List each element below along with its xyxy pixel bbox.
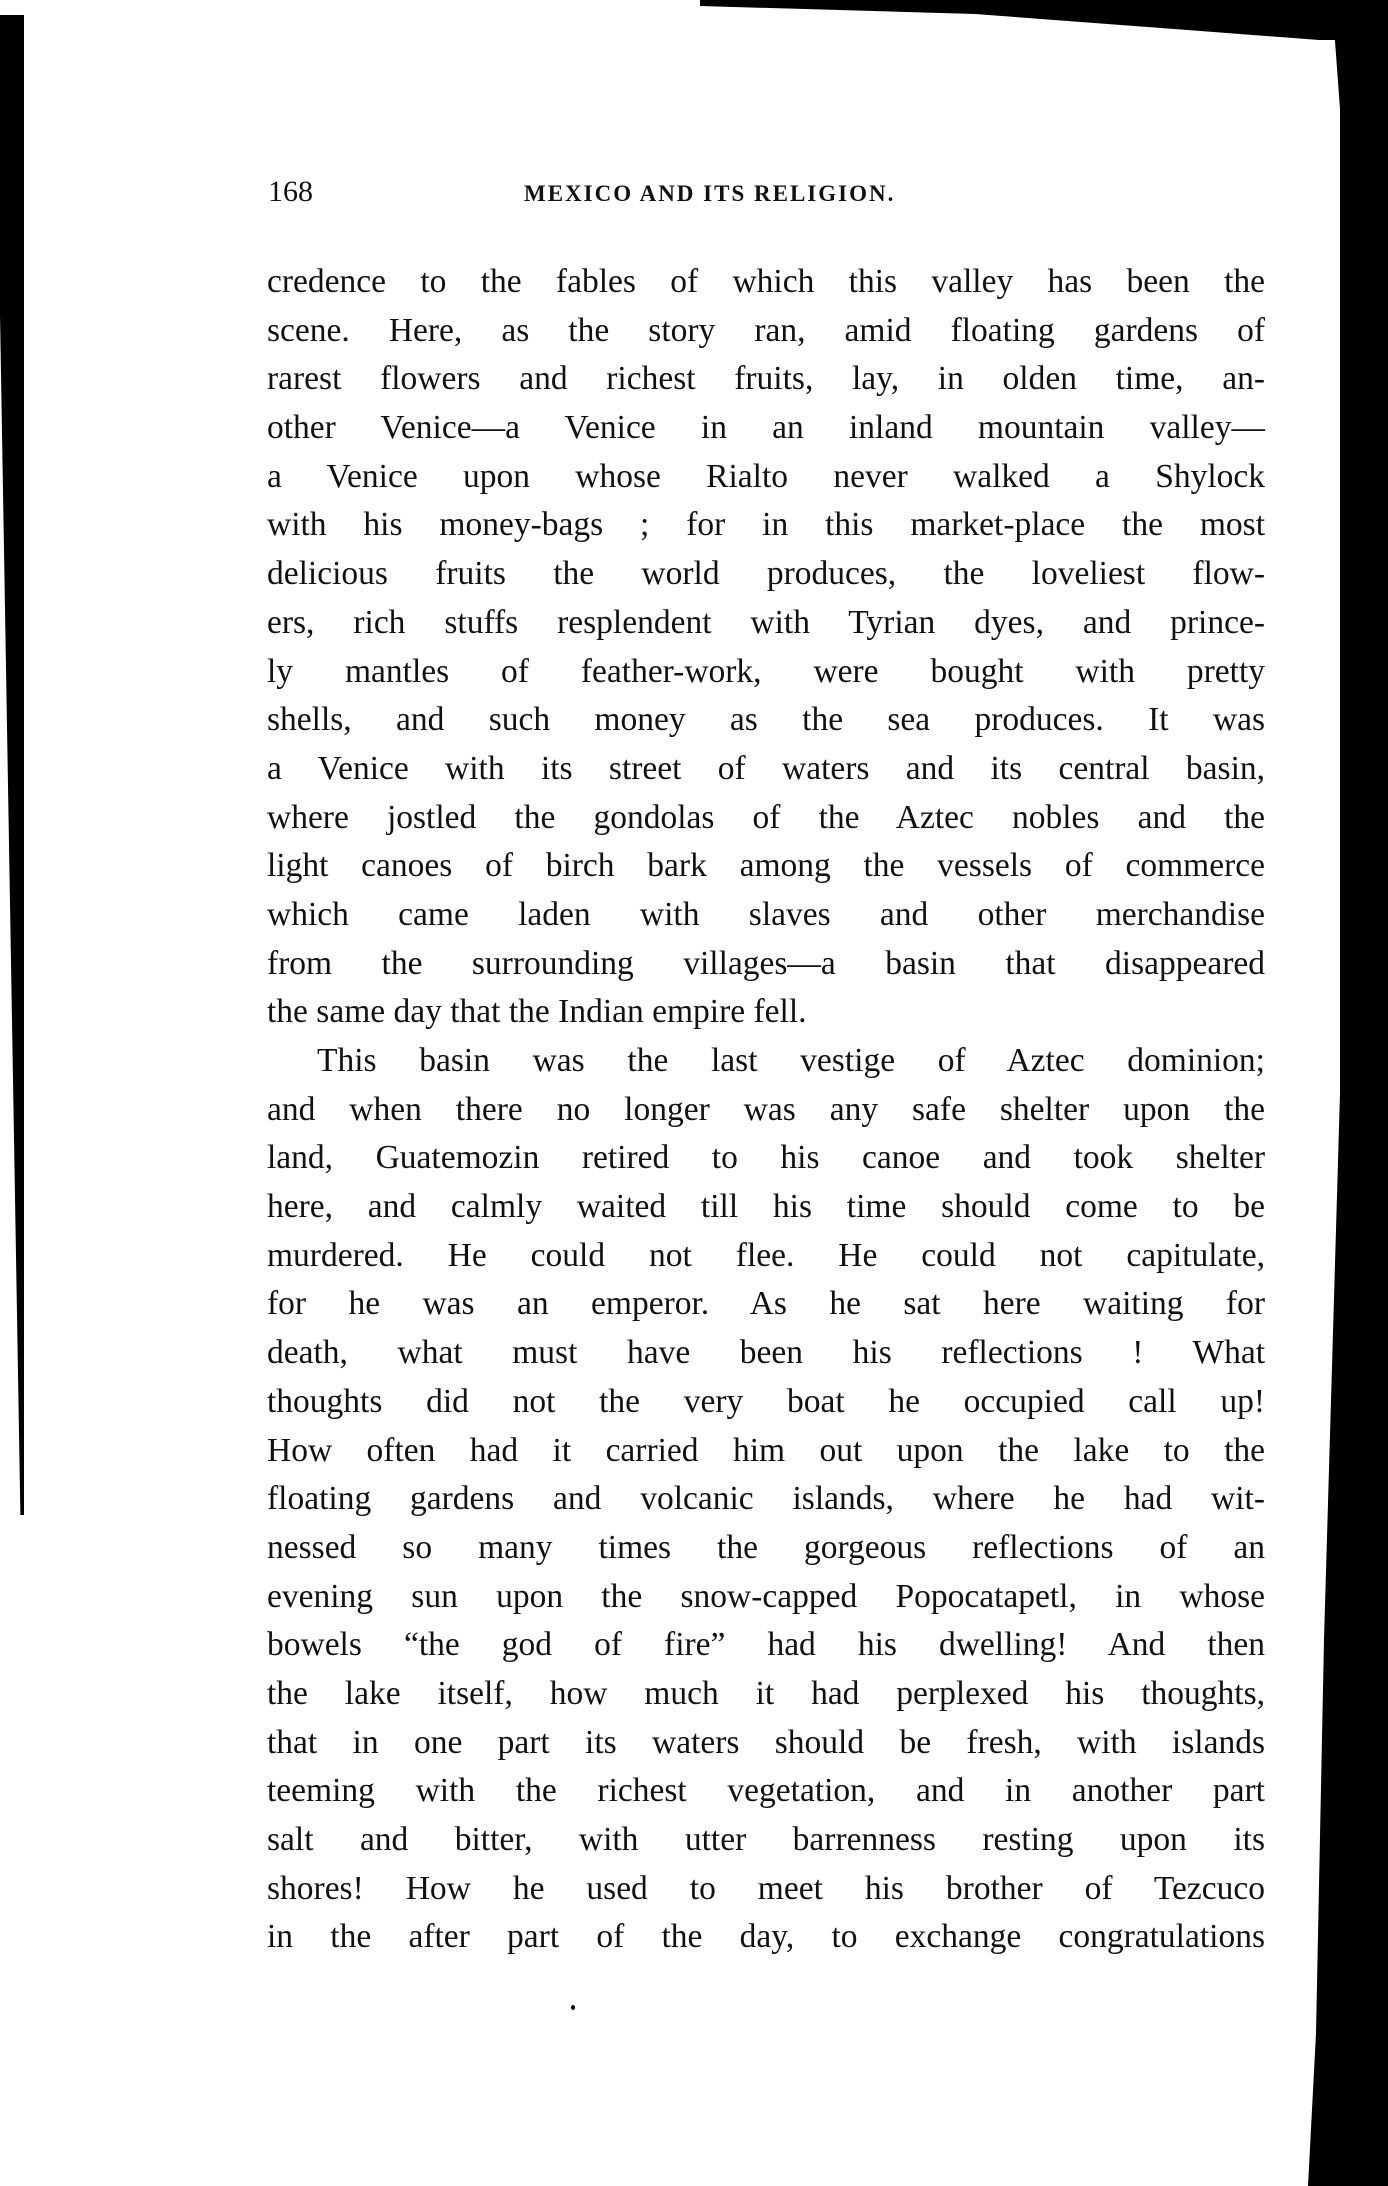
text-line: here, and calmly waited till his time sh… [267,1183,1265,1232]
scan-right-border [1308,0,1388,2186]
body-text: credence to the fables of which this val… [267,258,1265,1962]
text-line: shores! How he used to meet his brother … [267,1865,1265,1914]
text-line: that in one part its waters should be fr… [267,1719,1265,1768]
text-line: nessed so many times the gorgeous reflec… [267,1524,1265,1573]
text-line: where jostled the gondolas of the Aztec … [267,794,1265,843]
running-head: 168 MEXICO AND ITS RELIGION. [268,176,1268,208]
text-line-paragraph-start: This basin was the last vestige of Aztec… [267,1037,1265,1086]
text-line: land, Guatemozin retired to his canoe an… [267,1134,1265,1183]
text-line: ers, rich stuffs resplendent with Tyrian… [267,599,1265,648]
text-line: with his money-bags ; for in this market… [267,501,1265,550]
text-line: teeming with the richest vegetation, and… [267,1767,1265,1816]
text-line: bowels “the god of fire” had his dwellin… [267,1621,1265,1670]
text-line: for he was an emperor. As he sat here wa… [267,1280,1265,1329]
text-line: credence to the fables of which this val… [267,258,1265,307]
text-line: rarest flowers and richest fruits, lay, … [267,355,1265,404]
text-line: other Venice—a Venice in an inland mount… [267,404,1265,453]
running-head-title: MEXICO AND ITS RELIGION. [524,180,895,208]
text-line: light canoes of birch bark among the ves… [267,842,1265,891]
scan-left-border [0,15,24,1515]
text-line-paragraph-end: the same day that the Indian empire fell… [267,988,1265,1037]
text-line: ly mantles of feather-work, were bought … [267,648,1265,697]
text-line: and when there no longer was any safe sh… [267,1086,1265,1135]
text-line: How often had it carried him out upon th… [267,1427,1265,1476]
text-line: the lake itself, how much it had perplex… [267,1670,1265,1719]
text-line: murdered. He could not flee. He could no… [267,1232,1265,1281]
text-line: salt and bitter, with utter barrenness r… [267,1816,1265,1865]
page-number: 168 [268,176,313,208]
scan-top-border [700,0,1388,40]
text-line: thoughts did not the very boat he occupi… [267,1378,1265,1427]
text-line: in the after part of the day, to exchang… [267,1913,1265,1962]
text-line: a Venice with its street of waters and i… [267,745,1265,794]
text-line: a Venice upon whose Rialto never walked … [267,453,1265,502]
text-line: evening sun upon the snow-capped Popocat… [267,1573,1265,1622]
text-line: which came laden with slaves and other m… [267,891,1265,940]
text-line: floating gardens and volcanic islands, w… [267,1475,1265,1524]
text-line: shells, and such money as the sea produc… [267,696,1265,745]
text-line: death, what must have been his reflectio… [267,1329,1265,1378]
text-line: scene. Here, as the story ran, amid floa… [267,307,1265,356]
ink-speck [571,2005,575,2010]
text-line: from the surrounding villages—a basin th… [267,940,1265,989]
text-line: delicious fruits the world produces, the… [267,550,1265,599]
